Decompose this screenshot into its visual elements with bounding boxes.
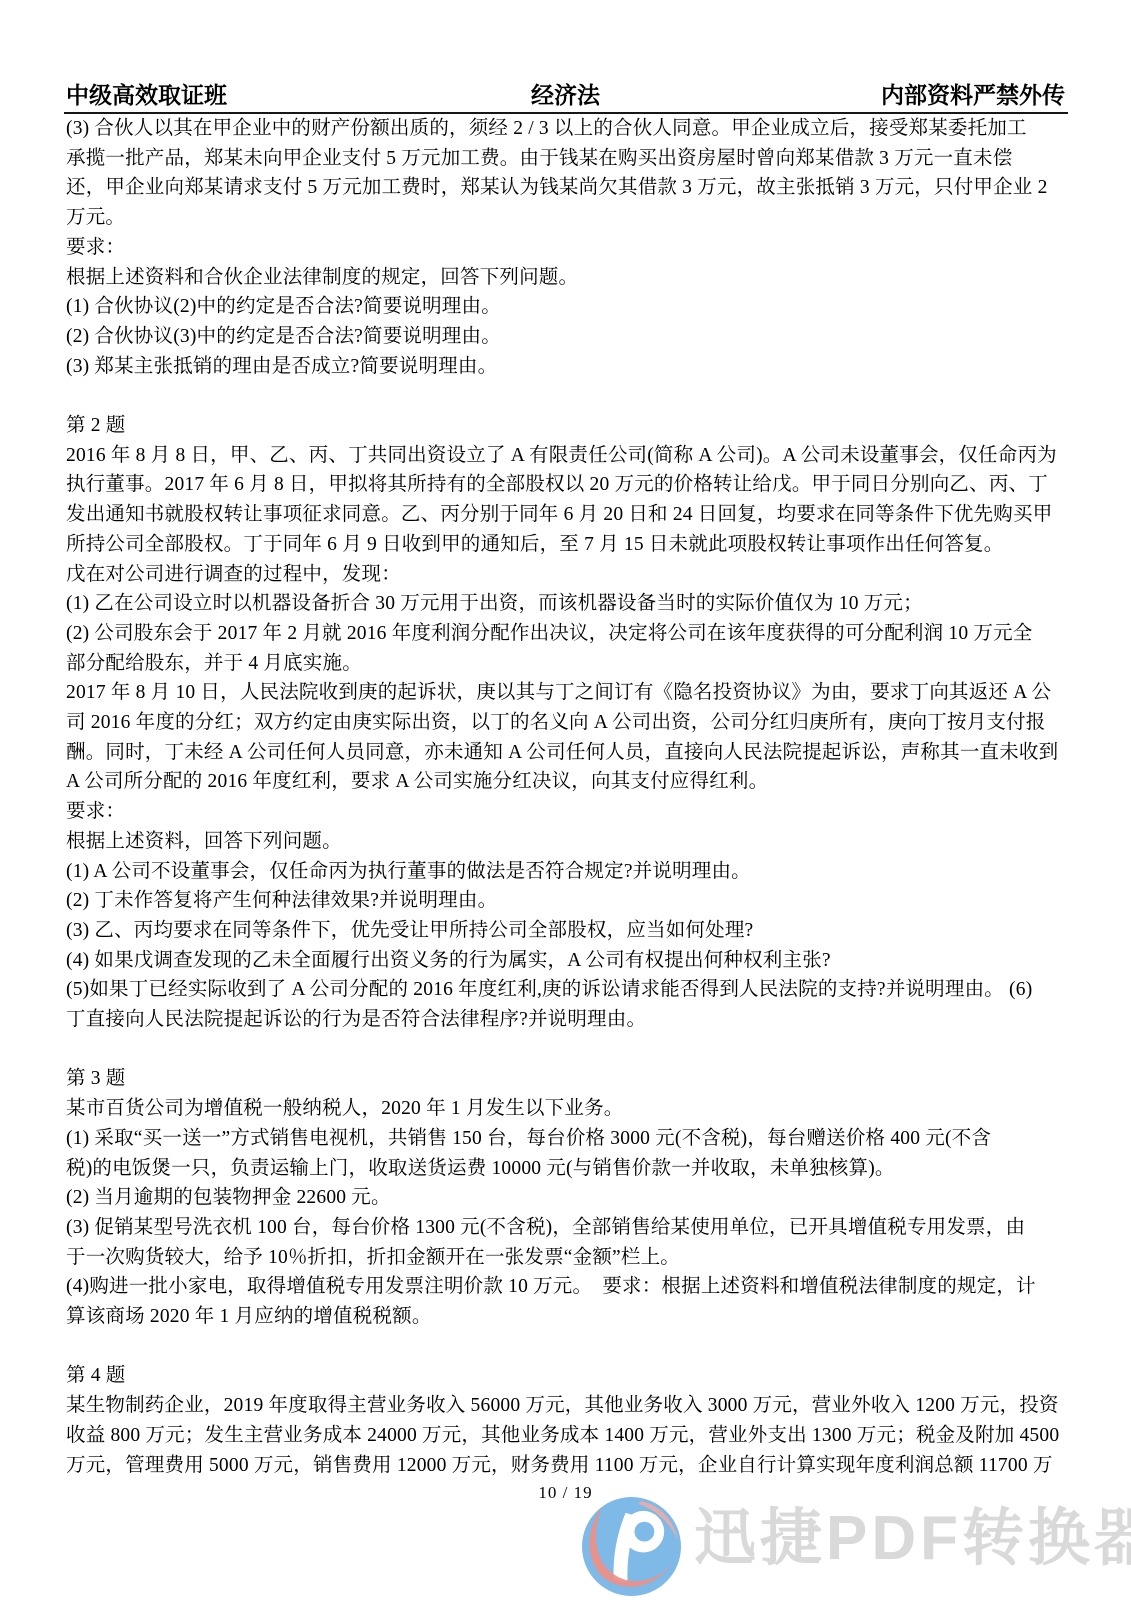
text-line: (2) 当月逾期的包装物押金 22600 元。	[66, 1183, 1066, 1213]
text-line: A 公司所分配的 2016 年度红利，要求 A 公司实施分红决议，向其支付应得红…	[66, 767, 1066, 797]
text-line: (3) 合伙人以其在甲企业中的财产份额出质的，须经 2 / 3 以上的合伙人同意…	[66, 114, 1066, 144]
text-line: (2) 公司股东会于 2017 年 2 月就 2016 年度利润分配作出决议，决…	[66, 619, 1066, 649]
text-line: 万元，管理费用 5000 万元，销售费用 12000 万元，财务费用 1100 …	[66, 1451, 1066, 1481]
text-line: 根据上述资料，回答下列问题。	[66, 827, 1066, 857]
pdf-converter-logo-icon	[582, 1497, 681, 1596]
text-line: 所持公司全部股权。丁于同年 6 月 9 日收到甲的通知后，至 7 月 15 日未…	[66, 530, 1066, 560]
text-line: 万元。	[66, 203, 1066, 233]
text-line: 要求：	[66, 233, 1066, 263]
text-line: 部分配给股东，并于 4 月底实施。	[66, 649, 1066, 679]
watermark-brand-text: 迅捷PDF转换器	[694, 1508, 1131, 1570]
text-line: (2) 丁未作答复将产生何种法律效果?并说明理由。	[66, 886, 1066, 916]
section-title: 第 3 题	[66, 1064, 1066, 1094]
header-subject-title: 经济法	[399, 82, 732, 108]
section-gap	[66, 381, 1066, 411]
text-line: 根据上述资料和合伙企业法律制度的规定，回答下列问题。	[66, 263, 1066, 293]
document-page: 中级高效取证班 经济法 内部资料严禁外传 (3) 合伙人以其在甲企业中的财产份额…	[0, 0, 1131, 1600]
section-gap	[66, 1332, 1066, 1362]
text-line: (1) 合伙协议(2)中的约定是否合法?简要说明理由。	[66, 292, 1066, 322]
text-line: (3) 促销某型号洗衣机 100 台，每台价格 1300 元(不含税)，全部销售…	[66, 1213, 1066, 1243]
text-line: (1) 采取“买一送一”方式销售电视机，共销售 150 台，每台价格 3000 …	[66, 1124, 1066, 1154]
text-line: (3) 郑某主张抵销的理由是否成立?简要说明理由。	[66, 352, 1066, 382]
section-title: 第 4 题	[66, 1361, 1066, 1391]
text-line: 要求：	[66, 797, 1066, 827]
text-line: (1) A 公司不设董事会，仅任命丙为执行董事的做法是否符合规定?并说明理由。	[66, 857, 1066, 887]
text-line: 2017 年 8 月 10 日，人民法院收到庚的起诉状，庚以其与丁之间订有《隐名…	[66, 678, 1066, 708]
text-line: (3) 乙、丙均要求在同等条件下，优先受让甲所持公司全部股权，应当如何处理?	[66, 916, 1066, 946]
text-line: 收益 800 万元；发生主营业务成本 24000 万元，其他业务成本 1400 …	[66, 1421, 1066, 1451]
text-line: (4)购进一批小家电，取得增值税专用发票注明价款 10 万元。 要求：根据上述资…	[66, 1272, 1066, 1302]
text-line: 酬。同时，丁未经 A 公司任何人员同意，亦未通知 A 公司任何人员，直接向人民法…	[66, 738, 1066, 768]
text-line: 丁直接向人民法院提起诉讼的行为是否符合法律程序?并说明理由。	[66, 1005, 1066, 1035]
header-course-title: 中级高效取证班	[66, 82, 399, 108]
text-line: 于一次购货较大，给予 10％折扣，折扣金额开在一张发票“金额”栏上。	[66, 1243, 1066, 1273]
page-number: 10 / 19	[0, 1483, 1131, 1503]
text-line: (1) 乙在公司设立时以机器设备折合 30 万元用于出资，而该机器设备当时的实际…	[66, 589, 1066, 619]
text-line: 算该商场 2020 年 1 月应纳的增值税税额。	[66, 1302, 1066, 1332]
text-line: 司 2016 年度的分红；双方约定由庚实际出资，以丁的名义向 A 公司出资，公司…	[66, 708, 1066, 738]
text-line: 执行董事。2017 年 6 月 8 日，甲拟将其所持有的全部股权以 20 万元的…	[66, 470, 1066, 500]
text-line: 承揽一批产品，郑某未向甲企业支付 5 万元加工费。由于钱某在购买出资房屋时曾向郑…	[66, 144, 1066, 174]
document-body: (3) 合伙人以其在甲企业中的财产份额出质的，须经 2 / 3 以上的合伙人同意…	[66, 114, 1066, 1480]
section-title: 第 2 题	[66, 411, 1066, 441]
text-line: (4) 如果戊调查发现的乙未全面履行出资义务的行为属实，A 公司有权提出何种权利…	[66, 946, 1066, 976]
text-line: (5)如果丁已经实际收到了 A 公司分配的 2016 年度红利,庚的诉讼请求能否…	[66, 975, 1066, 1005]
text-line: 戊在对公司进行调查的过程中，发现：	[66, 560, 1066, 590]
text-line: 某生物制药企业，2019 年度取得主营业务收入 56000 万元，其他业务收入 …	[66, 1391, 1066, 1421]
page-header: 中级高效取证班 经济法 内部资料严禁外传	[66, 82, 1065, 108]
header-confidential-notice: 内部资料严禁外传	[732, 82, 1065, 108]
text-line: 某市百货公司为增值税一般纳税人，2020 年 1 月发生以下业务。	[66, 1094, 1066, 1124]
text-line: (2) 合伙协议(3)中的约定是否合法?简要说明理由。	[66, 322, 1066, 352]
text-line: 还，甲企业向郑某请求支付 5 万元加工费时，郑某认为钱某尚欠其借款 3 万元，故…	[66, 173, 1066, 203]
text-line: 发出通知书就股权转让事项征求同意。乙、丙分别于同年 6 月 20 日和 24 日…	[66, 500, 1066, 530]
text-line: 2016 年 8 月 8 日，甲、乙、丙、丁共同出资设立了 A 有限责任公司(简…	[66, 441, 1066, 471]
section-gap	[66, 1035, 1066, 1065]
text-line: 税)的电饭煲一只，负责运输上门，收取送货运费 10000 元(与销售价款一并收取…	[66, 1154, 1066, 1184]
